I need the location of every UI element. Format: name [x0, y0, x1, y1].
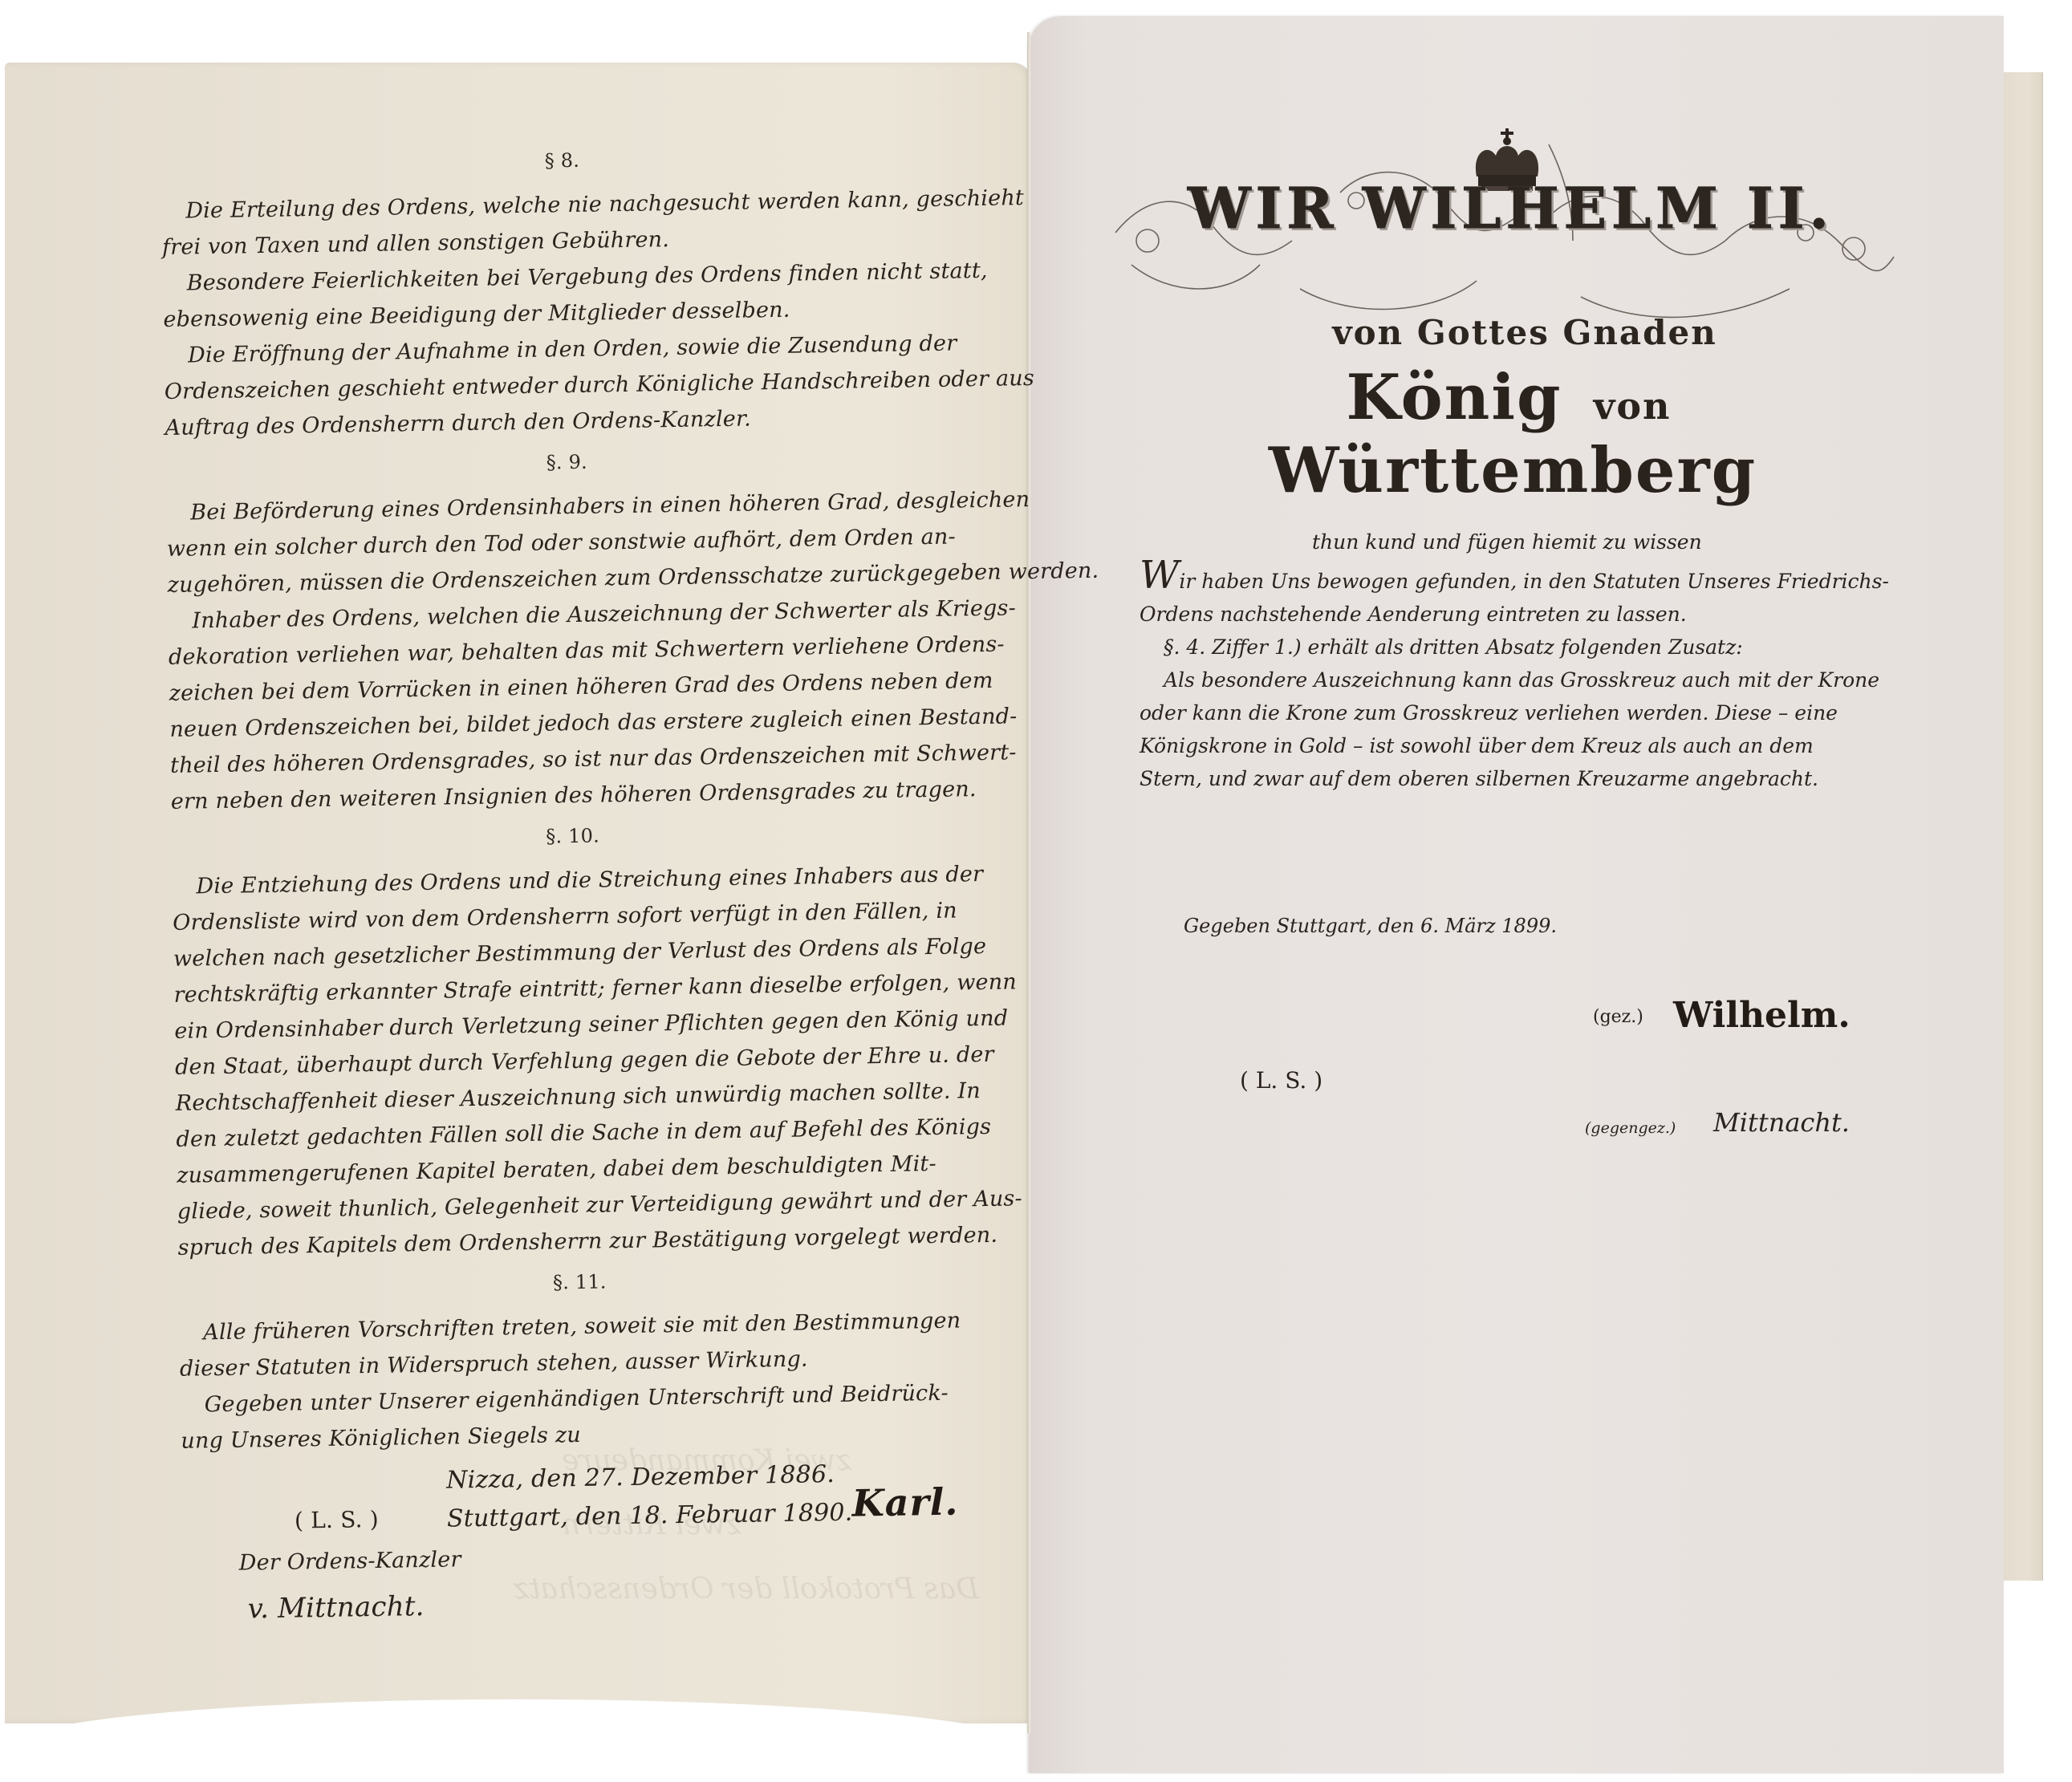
heading-wurttemberg: Württemberg: [1269, 434, 1757, 507]
section-9: §. 9. Bei Beförderung eines Ordensinhabe…: [165, 437, 1022, 820]
text-line: Ordens nachstehende Aenderung eintreten …: [1140, 598, 1942, 631]
text-line: §. 4. Ziffer 1.) erhält als dritten Absa…: [1140, 631, 1942, 664]
right-page-body: thun kund und fügen hiemit zu wissen Wir…: [1140, 526, 1942, 795]
text-line: Wir haben Uns bewogen gefunden, in den S…: [1140, 563, 1942, 598]
section-11: §. 11. Alle früheren Vorschriften treten…: [178, 1257, 1032, 1459]
section-mark: §. 9.: [165, 437, 1017, 487]
section-10: §. 10. Die Entziehung des Ordens und die…: [171, 811, 1029, 1266]
royal-signature: Wilhelm.: [1673, 995, 1851, 1036]
signed-prefix: (gez.): [1593, 1007, 1643, 1027]
text-line: Königskrone in Gold – ist sowohl über de…: [1140, 729, 1942, 762]
announcement-line: thun kund und fügen hiemit zu wissen: [1140, 526, 1942, 558]
section-mark: § 8.: [160, 136, 1012, 185]
countersigned-prefix: (gegengez.): [1585, 1119, 1676, 1137]
heading-wir-wilhelm: WIR WILHELM II.: [1188, 175, 1910, 242]
place-date-stuttgart: Stuttgart, den 18. Februar 1890.: [447, 1494, 853, 1539]
seal-mark: ( L. S. ): [295, 1501, 380, 1539]
closing-block: Nizza, den 27. Dezember 1886. Stuttgart,…: [181, 1452, 1035, 1658]
text-line: Stern, und zwar auf dem oberen silbernen…: [1140, 762, 1942, 795]
chancellor-title: Der Ordens-Kanzler: [238, 1541, 461, 1581]
text-line: Als besondere Auszeichnung kann das Gros…: [1140, 664, 1942, 696]
page-edge-stack: [2004, 72, 2043, 1581]
drop-initial: W: [1140, 553, 1179, 598]
section-mark: §. 10.: [171, 811, 1022, 861]
royal-signature: Karl.: [851, 1484, 958, 1522]
section-8: § 8. Die Erteilung des Ordens, welche ni…: [160, 136, 1016, 446]
left-page-body: § 8. Die Erteilung des Ordens, welche ni…: [160, 131, 1035, 1658]
seal-mark: ( L. S. ): [1240, 1067, 1322, 1094]
countersignature: Mittnacht.: [1713, 1107, 1850, 1138]
place-date: Nizza, den 27. Dezember 1886. Stuttgart,…: [446, 1455, 853, 1539]
place-date-nizza: Nizza, den 27. Dezember 1886.: [446, 1455, 852, 1500]
text-line: oder kann die Krone zum Grosskreuz verli…: [1140, 696, 1942, 729]
chancellor-signature: v. Mittnacht.: [247, 1589, 425, 1627]
section-mark: §. 11.: [178, 1257, 1030, 1307]
heading-king-of-wurttemberg: König von Württemberg: [1119, 361, 1906, 507]
text-line-content: ir haben Uns bewogen gefunden, in den St…: [1179, 570, 1889, 593]
heading-von: von: [1594, 384, 1672, 428]
given-place-date: Gegeben Stuttgart, den 6. März 1899.: [1184, 915, 1557, 937]
heading-konig: König: [1347, 361, 1562, 434]
heading-by-grace-of-god: von Gottes Gnaden: [1204, 313, 1846, 352]
